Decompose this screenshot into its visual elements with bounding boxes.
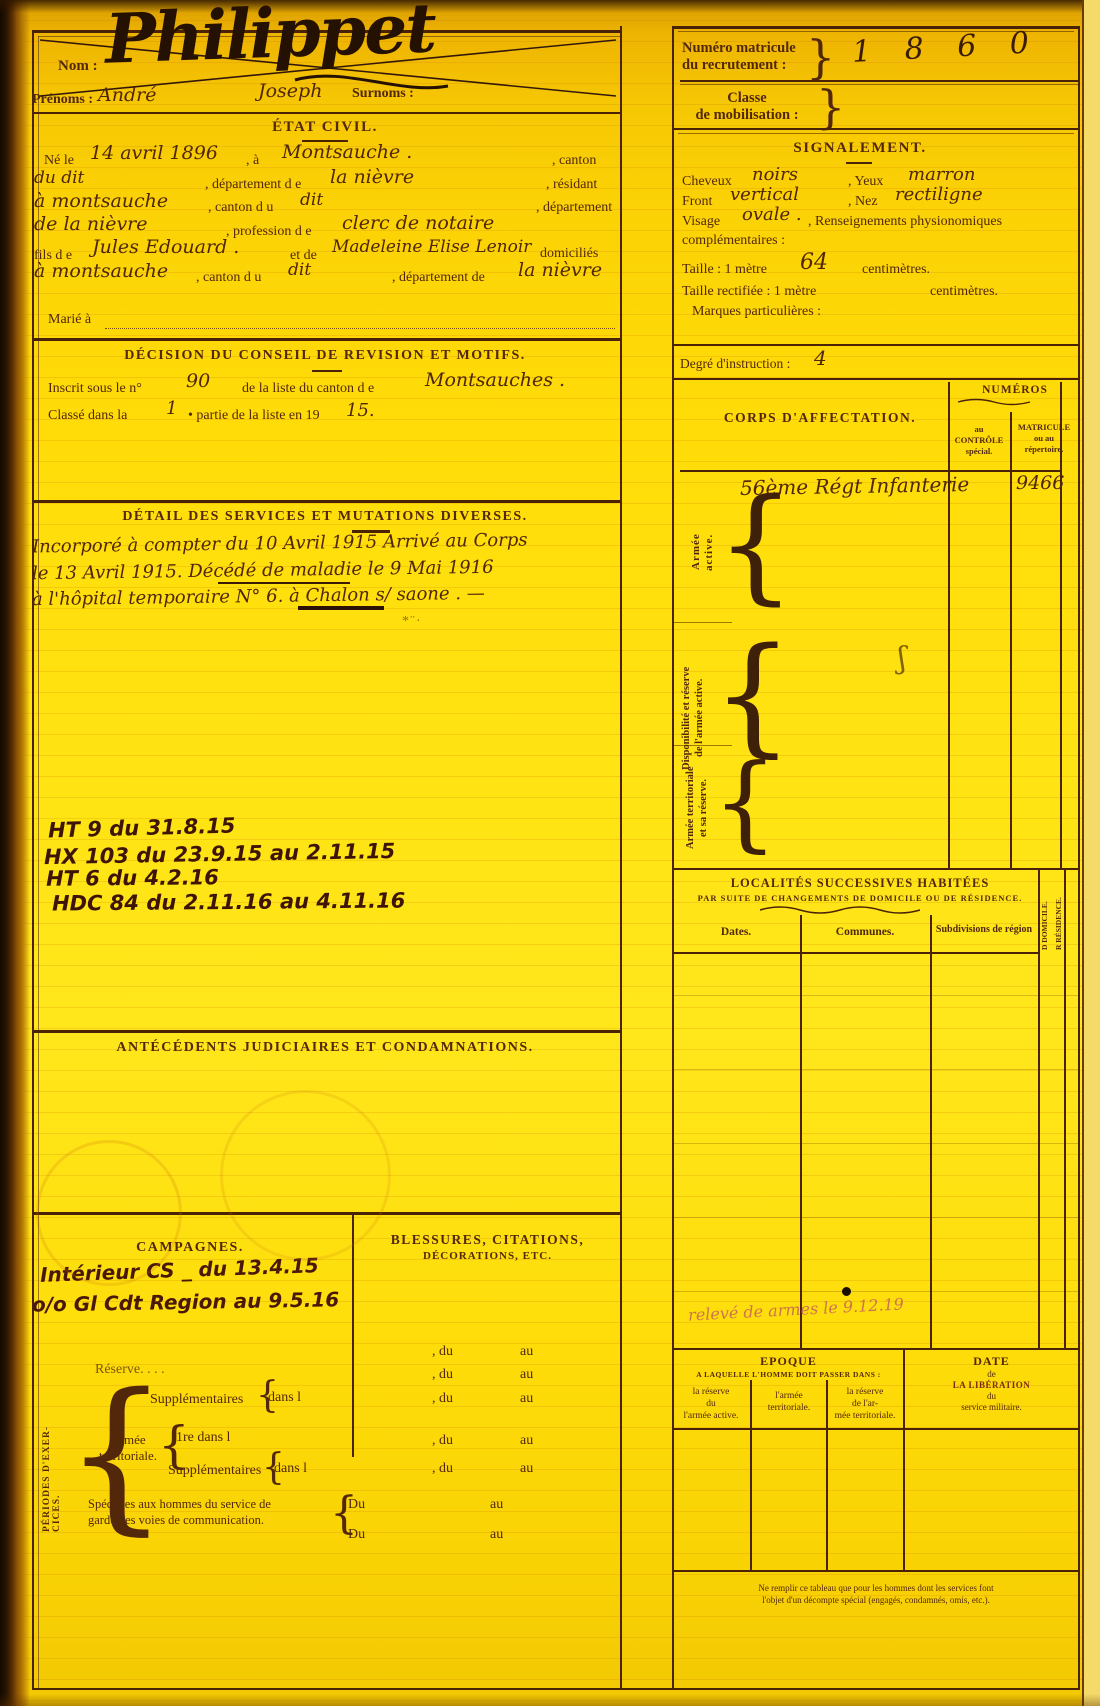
armee-territoriale-label: Armée territoriale. xyxy=(88,1432,168,1464)
du-label-3: , du xyxy=(432,1391,453,1407)
supplementaires-label-1: Supplémentaires xyxy=(150,1392,243,1408)
services-line-2: le 13 Avril 1915. Décédé de maladie le 9… xyxy=(32,557,494,584)
dans-l-label-2: dans l xyxy=(274,1461,307,1477)
classe-brace: } xyxy=(816,84,845,130)
localites-subtitle: PAR SUITE DE CHANGEMENTS DE DOMICILE OU … xyxy=(690,893,1030,903)
supplementaires-label-2: Supplémentaires xyxy=(168,1463,261,1479)
departement-2: de la nièvre xyxy=(34,213,148,235)
premiere-dans-l-label: 1re dans l xyxy=(176,1430,230,1446)
col-matricule-header: MATRICULE ou au répertoire. xyxy=(1012,422,1076,455)
inscription-number: 90 xyxy=(186,370,210,392)
page-left-edge xyxy=(0,0,30,1706)
round-stamp-trace-1 xyxy=(36,1140,182,1286)
cm-label-2: centimètres. xyxy=(930,284,998,300)
ink-strike-chalon xyxy=(298,606,384,610)
prenoms-label: Prénoms : xyxy=(32,92,93,108)
classe-mobilisation-label: Classe de mobilisation : xyxy=(682,90,812,124)
localites-divider-4 xyxy=(1064,868,1066,1348)
localites-title: LOCALITÉS SUCCESSIVES HABITÉES xyxy=(700,876,1020,891)
liste-annee: 15. xyxy=(346,400,375,421)
row-armee-active-label: Armée active. xyxy=(690,492,716,612)
domicile: à montsauche xyxy=(34,260,168,282)
localites-col-domicile: D DOMICILE. xyxy=(1040,878,1049,950)
page-bottom-edge xyxy=(0,1694,1100,1706)
canton-label: , canton xyxy=(552,153,596,169)
date-du-label: du xyxy=(905,1391,1078,1401)
departement-label-1: , département d e xyxy=(205,177,301,193)
yeux-value: marron xyxy=(908,164,975,185)
reserve-label: Réserve. . . . xyxy=(95,1362,165,1378)
degre-rule-top xyxy=(672,344,1080,346)
services-title: DÉTAIL DES SERVICES ET MUTATIONS DIVERSE… xyxy=(40,509,610,525)
row-territoriale-brace: { xyxy=(712,750,778,854)
renseignements-label: , Renseignements physionomiques xyxy=(808,214,1002,230)
localites-col-communes: Communes. xyxy=(800,926,930,938)
marques-label: Marques particulières : xyxy=(692,304,821,320)
canton-3: dit xyxy=(288,260,311,280)
departement-3: la nièvre xyxy=(518,259,602,281)
localites-row-line-4 xyxy=(672,1217,1078,1218)
decision-canton: Montsauches . xyxy=(425,369,565,391)
partie-label: • partie de la liste en 19 xyxy=(188,408,320,424)
frame-right xyxy=(1078,26,1080,1688)
signalement-title: SIGNALEMENT. xyxy=(740,140,980,157)
page-right-edge xyxy=(1082,0,1100,1706)
epoque-top-rule xyxy=(672,1348,1080,1350)
du-label-5: , du xyxy=(432,1461,453,1477)
corps-entry-matricule: 9466 xyxy=(1016,472,1064,494)
epoque-bottom-rule xyxy=(672,1570,1080,1572)
localites-divider-1 xyxy=(800,915,802,1348)
yeux-label: , Yeux xyxy=(848,174,883,190)
col-controle-header: au CONTRÔLE spécial. xyxy=(950,424,1008,457)
degre-instruction-value: 4 xyxy=(814,346,827,370)
localites-col-subdivisions: Subdivisions de région xyxy=(930,924,1038,935)
hospital-note-4: HDC 84 du 2.11.16 au 4.11.16 xyxy=(52,888,406,915)
matricule-rule-1b xyxy=(680,84,1078,85)
localites-col-residence: R RÉSIDENCE. xyxy=(1054,878,1063,950)
localites-divider-3 xyxy=(1038,868,1040,1348)
birth-place: Montsauche . xyxy=(282,141,412,163)
ne-le-label: Né le xyxy=(44,153,74,169)
date-title: DATE xyxy=(905,1354,1078,1369)
numeros-right-edge xyxy=(1060,382,1062,868)
visage-value: ovale . xyxy=(742,204,802,225)
cm-label: centimètres. xyxy=(862,262,930,278)
epoque-divider-1 xyxy=(750,1380,752,1570)
epoque-header-underline xyxy=(672,1428,1080,1430)
epoque-col-3: la réserve de l'ar- mée territoriale. xyxy=(828,1386,902,1422)
numeros-subcolumn-divider xyxy=(1010,412,1012,868)
matricule-rule-2b xyxy=(678,133,1074,134)
matricule-rule-1 xyxy=(680,80,1078,82)
canton-2: dit xyxy=(300,190,323,210)
corps-affectation-title: CORPS D'AFFECTATION. xyxy=(700,410,940,426)
etat-civil-title: ÉTAT CIVIL. xyxy=(220,119,430,136)
au-label-6: au xyxy=(490,1497,503,1513)
date-liberation-label: LA LIBÉRATION xyxy=(905,1380,1078,1390)
name-block-divider xyxy=(32,112,622,114)
localites-header-underline xyxy=(672,952,1038,954)
services-line-3: à l'hôpital temporaire N° 6. à Chalon s/… xyxy=(32,583,485,610)
visage-label: Visage xyxy=(682,214,720,230)
numero-matricule-label: Numéro matricule du recrutement : xyxy=(682,40,796,74)
degre-instruction-label: Degré d'instruction : xyxy=(680,356,790,372)
inscrit-label: Inscrit sous le n° xyxy=(48,381,142,397)
date-de-label: de xyxy=(905,1369,1078,1379)
epoque-subtitle: A LAQUELLE L'HOMME DOIT PASSER DANS : xyxy=(672,1370,905,1379)
canton-label-3: , canton d u xyxy=(196,270,261,286)
epoque-divider-2 xyxy=(826,1380,828,1570)
localites-row-line-1 xyxy=(672,995,1078,996)
localites-col-dates: Dates. xyxy=(672,926,800,938)
profession: clerc de notaire xyxy=(342,212,494,234)
ink-underline-deces xyxy=(218,582,350,584)
hospital-note-3: HT 6 du 4.2.16 xyxy=(46,865,219,891)
decision-title: DÉCISION DU CONSEIL DE REVISION ET MOTIF… xyxy=(60,348,590,364)
numeros-column-divider xyxy=(948,382,950,868)
cheveux-value: noirs xyxy=(752,164,798,185)
au-label-3: au xyxy=(520,1391,533,1407)
departement-1: la nièvre xyxy=(330,166,414,188)
taille-value: 64 xyxy=(800,250,828,275)
nom-label: Nom : xyxy=(58,58,98,75)
dans-l-label-1: dans l xyxy=(268,1390,301,1406)
campagne-line-2: o/o Gl Cdt Region au 9.5.16 xyxy=(32,1287,340,1316)
matricule-rule-2 xyxy=(672,128,1080,130)
first-name-2: Joseph xyxy=(258,80,322,102)
residant-label: , résidant xyxy=(546,177,597,193)
row-territoriale-label: Armée territoriale et sa réserve. xyxy=(684,752,710,864)
signalement-underline xyxy=(846,162,872,164)
first-name-1: André xyxy=(98,84,156,106)
services-divider xyxy=(32,500,622,503)
au-label-4: au xyxy=(520,1433,533,1449)
au-label-2: au xyxy=(520,1367,533,1383)
surnoms-label: Surnoms : xyxy=(352,86,414,102)
liste-label: de la liste du canton d e xyxy=(242,381,374,397)
departement-label-2: , département xyxy=(536,200,612,216)
military-record-page: Philippet Nom : Prénoms : André Joseph S… xyxy=(0,0,1100,1706)
blessures-title-2: DÉCORATIONS, ETC. xyxy=(370,1250,605,1262)
du-cap-label-2: Du xyxy=(348,1527,365,1543)
nez-label: , Nez xyxy=(848,194,878,210)
localites-row-line-2 xyxy=(672,1069,1078,1070)
au-label-7: au xyxy=(490,1527,503,1543)
canton-label-2: , canton d u xyxy=(208,200,273,216)
ink-mark-small-brace: ʃ xyxy=(898,644,906,674)
departement-label-3: , département de xyxy=(392,270,485,286)
antecedents-divider xyxy=(32,1030,622,1033)
epoque-col-1: la réserve du l'armée active. xyxy=(674,1386,748,1422)
periodes-vertical-label: PÉRIODES D'EXER- CICES. xyxy=(42,1400,62,1532)
frame-center-right xyxy=(672,26,674,1688)
localites-row-line-5 xyxy=(672,1291,1078,1292)
corps-entry: 56ème Régt Infanterie xyxy=(740,472,970,500)
au-label-5: au xyxy=(520,1461,533,1477)
birth-date: 14 avril 1896 xyxy=(90,142,218,164)
epoque-col-2: l'armée territoriale. xyxy=(752,1390,826,1414)
mother-name: Madeleine Elise Lenoir xyxy=(332,237,531,257)
speciales-label-1: Spéciales aux hommes du service de xyxy=(88,1497,271,1512)
frame-center-left xyxy=(620,26,622,1688)
du-label-4: , du xyxy=(432,1433,453,1449)
canton-du-dit: du dit xyxy=(34,168,84,188)
localites-divider-2 xyxy=(930,915,932,1348)
taille-label: Taille : 1 mètre xyxy=(682,262,767,278)
front-label: Front xyxy=(682,194,712,210)
a-label: , à xyxy=(246,153,259,169)
blessures-title-1: BLESSURES, CITATIONS, xyxy=(370,1232,605,1248)
marie-label: Marié à xyxy=(48,312,91,328)
localites-row-line-3 xyxy=(672,1143,1078,1144)
du-label-2: , du xyxy=(432,1367,453,1383)
ink-scribble: * ̈ · xyxy=(402,614,421,630)
corps-table-top-rule xyxy=(672,378,1080,380)
au-label-1: au xyxy=(520,1344,533,1360)
epoque-divider-3 xyxy=(903,1348,905,1570)
father-name: Jules Edouard . xyxy=(92,236,239,258)
ink-dot xyxy=(842,1287,851,1296)
date-service-label: service militaire. xyxy=(905,1402,1078,1412)
antecedents-title: ANTÉCÉDENTS JUDICIAIRES ET CONDAMNATIONS… xyxy=(50,1040,600,1056)
services-line-1: Incorporé à compter du 10 Avril 1915 Arr… xyxy=(32,530,528,558)
numero-brace: } xyxy=(806,34,835,80)
du-cap-label-1: Du xyxy=(348,1497,365,1513)
marie-blank-line xyxy=(105,314,615,329)
decision-divider xyxy=(32,338,622,341)
epoque-title: EPOQUE xyxy=(672,1354,905,1369)
complementaires-label: complémentaires : xyxy=(682,233,785,249)
row-armee-active-brace: { xyxy=(716,482,796,607)
campagnes-vertical-divider xyxy=(352,1212,354,1457)
nez-value: rectiligne xyxy=(895,184,983,205)
du-label-1: , du xyxy=(432,1344,453,1360)
localites-handwritten-note: relevé de armes le 9.12.19 xyxy=(688,1294,905,1324)
cheveux-label: Cheveux xyxy=(682,174,732,190)
speciales-label-2: garde des voies de communication. xyxy=(88,1513,264,1528)
surname-signature: Philippet xyxy=(104,0,436,80)
liste-partie: 1 xyxy=(166,398,177,419)
taille-rectifiee-label: Taille rectifiée : 1 mètre xyxy=(682,284,816,300)
classe-label: Classé dans la xyxy=(48,408,127,424)
round-stamp-trace-2 xyxy=(220,1090,391,1261)
epoque-footnote: Ne remplir ce tableau que pour les homme… xyxy=(680,1582,1072,1606)
decision-underline xyxy=(312,370,342,372)
front-value: vertical xyxy=(730,184,799,205)
hospital-note-1: HT 9 du 31.8.15 xyxy=(48,814,236,843)
frame-bottom xyxy=(32,1688,1080,1690)
residence: à montsauche xyxy=(34,190,168,212)
frame-left-inner xyxy=(38,36,39,1688)
localites-top-rule xyxy=(672,868,1080,870)
hospital-note-2: HX 103 du 23.9.15 au 2.11.15 xyxy=(44,839,396,869)
